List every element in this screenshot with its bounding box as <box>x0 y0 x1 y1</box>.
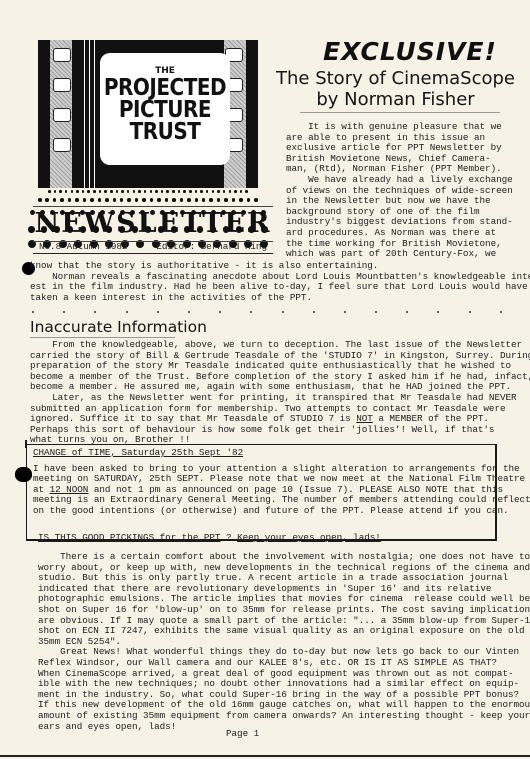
sprocket-hole-icon <box>53 108 71 122</box>
divider-dot <box>32 311 34 313</box>
pickings-heading-main: IS THIS GOOD PICKINGS for the PPT <box>38 532 220 543</box>
pickings-line: There is a certain comfort about the inv… <box>38 552 528 563</box>
pickings-line: amount of existing 35mm equipment from c… <box>38 711 528 722</box>
pickings-body: There is a certain comfort about the inv… <box>38 552 528 732</box>
issue-line: No.8 Autumn 1982 Editor: Bernard King <box>33 242 273 254</box>
exclusive-kicker: EXCLUSIVE! <box>300 37 520 66</box>
film-frame-graphic: THE PROJECTED PICTURE TRUST <box>38 40 258 188</box>
divider-dot <box>188 311 190 313</box>
box-tick <box>25 440 27 448</box>
page-number: Page 1 <box>226 729 259 740</box>
continued-line: taken a keen interest in the activities … <box>30 293 525 304</box>
divider-dot <box>313 311 315 313</box>
divider-dot <box>157 311 159 313</box>
intro-line: ard procedures. As Norman was there at <box>286 228 530 239</box>
newsletter-title: NEWSLETTER <box>33 206 273 242</box>
pickings-heading-sub: Keep your eyes open, lads! <box>237 532 381 543</box>
text-span: and not 1 pm as announced on page 10 (Is… <box>88 484 503 495</box>
change-of-time-notice: CHANGE of TIME, Saturday 25th Sept '82 I… <box>26 444 497 541</box>
feature-intro: It is with genuine pleasure that weare a… <box>286 122 530 260</box>
notice-content: CHANGE of TIME, Saturday 25th Sept '82 I… <box>33 448 530 517</box>
text-span: ignored. Suffice it to say that Mr Teasd… <box>30 413 356 424</box>
inaccurate-line: Later, as the Newsletter went for printi… <box>30 393 525 404</box>
dot-row <box>38 198 258 202</box>
notice-line: on the good intentions (or otherwise) an… <box>33 506 530 517</box>
inaccurate-body: From the knowledgeable, above, we turn t… <box>30 340 525 446</box>
issue-number: No.8 Autumn 1982 <box>39 242 127 253</box>
logo-line-trust: TRUST <box>100 118 230 143</box>
newsletter-page: THE PROJECTED PICTURE TRUST NEWSLETTER N… <box>0 0 530 759</box>
pickings-heading: IS THIS GOOD PICKINGS for the PPT ? Keep… <box>38 533 381 544</box>
headline-line-2: by Norman Fisher <box>268 89 523 110</box>
feature-continued: know that the story is authoritative - i… <box>30 261 525 303</box>
pickings-line: Reflex Windsor, our Wall camera and our … <box>38 658 528 669</box>
divider-dot <box>63 311 65 313</box>
section-heading-rule <box>30 337 175 338</box>
divider-dot <box>126 311 128 313</box>
divider-dot <box>282 311 284 313</box>
dotted-divider <box>32 311 502 313</box>
pickings-line: shot on Super 16 for 'blow-up' on to 35m… <box>38 605 528 616</box>
page-bottom-edge <box>0 755 530 757</box>
divider-dot <box>94 311 96 313</box>
text-span: at <box>33 484 50 495</box>
notice-title: CHANGE of TIME, Saturday 25th Sept '82 <box>33 448 530 459</box>
feature-headline: The Story of CinemaScope by Norman Fishe… <box>268 68 523 110</box>
divider-dot <box>469 311 471 313</box>
editor-credit: Editor: Bernard King <box>156 242 267 253</box>
text-span: ? <box>220 532 237 543</box>
divider-dot <box>250 311 252 313</box>
text-span: a MEMBER of the PPT. <box>373 413 489 424</box>
noon-emphasis: 12 NOON <box>50 484 89 495</box>
headline-line-1: The Story of CinemaScope <box>268 68 523 89</box>
divider-dot <box>500 311 502 313</box>
cinema-screen: THE PROJECTED PICTURE TRUST <box>100 53 230 165</box>
film-rails <box>82 40 96 188</box>
not-emphasis: NOT <box>356 413 373 424</box>
headline-rule <box>300 112 500 113</box>
punch-hole-icon <box>15 467 32 482</box>
divider-dot <box>406 311 408 313</box>
divider-dot <box>375 311 377 313</box>
divider-dot <box>219 311 221 313</box>
sprocket-hole-icon <box>53 78 71 92</box>
sprocket-hole-icon <box>53 138 71 152</box>
sprocket-hole-icon <box>53 48 71 62</box>
divider-dot <box>344 311 346 313</box>
dot-row <box>48 190 248 193</box>
intro-line: It is with genuine pleasure that we <box>286 122 530 133</box>
intro-line: We have already had a lively exchange <box>286 175 530 186</box>
divider-dot <box>437 311 439 313</box>
intro-line: which was part of 20th Century-Fox, we <box>286 249 530 260</box>
pickings-line: ears and eyes open, lads! <box>38 722 528 733</box>
continued-line: know that the story is authoritative - i… <box>30 261 525 272</box>
inaccurate-line: From the knowledgeable, above, we turn t… <box>30 340 525 351</box>
section-heading-inaccurate: Inaccurate Information <box>30 318 207 336</box>
